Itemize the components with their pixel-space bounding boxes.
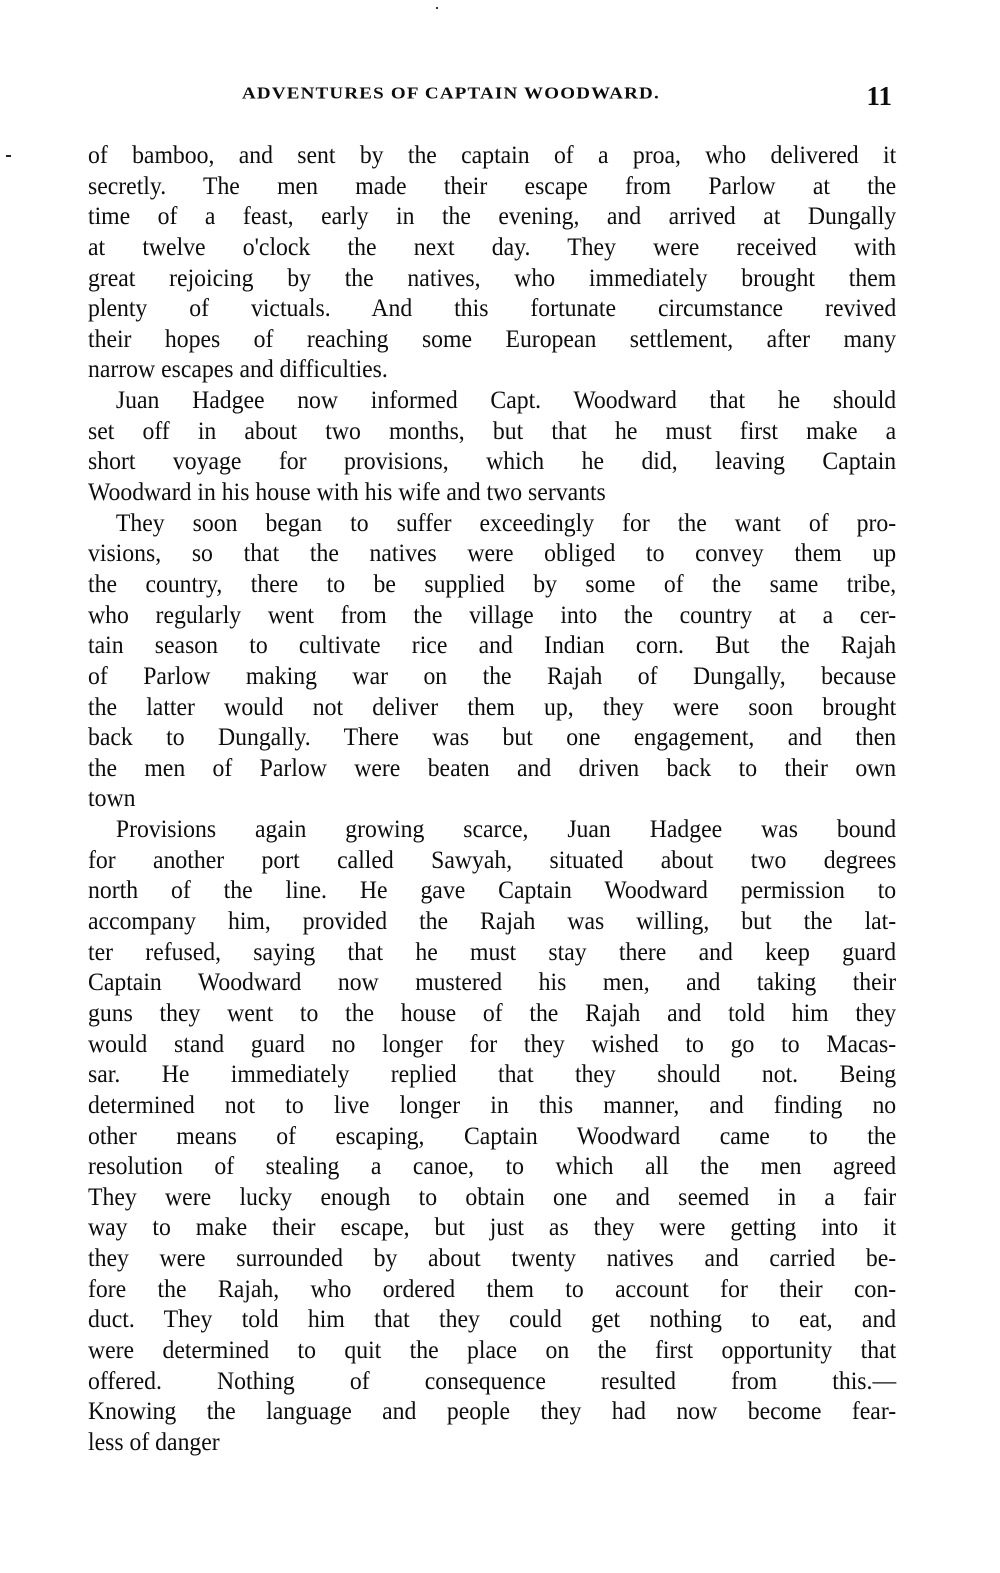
- text-line: time of a feast, early in the evening, a…: [88, 201, 896, 232]
- text-line: Juan Hadgee now informed Capt. Woodward …: [88, 385, 896, 416]
- text-line: north of the line. He gave Captain Woodw…: [88, 875, 896, 906]
- text-line: great rejoicing by the natives, who imme…: [88, 263, 896, 294]
- text-line: resolution of stealing a canoe, to which…: [88, 1151, 896, 1182]
- text-line: Captain Woodward now mustered his men, a…: [88, 967, 896, 998]
- book-page: ADVENTURES OF CAPTAIN WOODWARD. 11 of ba…: [0, 0, 1000, 1573]
- text-line: other means of escaping, Captain Woodwar…: [88, 1121, 896, 1152]
- text-line: were determined to quit the place on the…: [88, 1335, 896, 1366]
- page-number: 11: [866, 81, 892, 112]
- text-line: narrow escapes and difficulties.: [88, 354, 896, 385]
- text-line: secretly. The men made their escape from…: [88, 171, 896, 202]
- text-line: visions, so that the natives were oblige…: [88, 538, 896, 569]
- text-line: the latter would not deliver them up, th…: [88, 692, 896, 723]
- text-line: their hopes of reaching some European se…: [88, 324, 896, 355]
- text-line: determined not to live longer in this ma…: [88, 1090, 896, 1121]
- text-line: Woodward in his house with his wife and …: [88, 477, 896, 508]
- text-line: set off in about two months, but that he…: [88, 416, 896, 447]
- body-text: of bamboo, and sent by the captain of a …: [88, 140, 896, 1458]
- text-line: guns they went to the house of the Rajah…: [88, 998, 896, 1029]
- text-line: the country, there to be supplied by som…: [88, 569, 896, 600]
- text-line: Knowing the language and people they had…: [88, 1396, 896, 1427]
- text-line: accompany him, provided the Rajah was wi…: [88, 906, 896, 937]
- text-line: fore the Rajah, who ordered them to acco…: [88, 1274, 896, 1305]
- running-head: ADVENTURES OF CAPTAIN WOODWARD. 11: [240, 84, 900, 114]
- margin-mark: [6, 155, 11, 157]
- text-line: the men of Parlow were beaten and driven…: [88, 753, 896, 784]
- text-line: tain season to cultivate rice and Indian…: [88, 630, 896, 661]
- text-line: plenty of victuals. And this fortunate c…: [88, 293, 896, 324]
- text-line: would stand guard no longer for they wis…: [88, 1029, 896, 1060]
- text-line: offered. Nothing of consequence resulted…: [88, 1366, 896, 1397]
- text-line: short voyage for provisions, which he di…: [88, 446, 896, 477]
- text-line: at twelve o'clock the next day. They wer…: [88, 232, 896, 263]
- text-line: less of danger: [88, 1427, 896, 1458]
- text-line: of Parlow making war on the Rajah of Dun…: [88, 661, 896, 692]
- text-line: duct. They told him that they could get …: [88, 1304, 896, 1335]
- text-line: sar. He immediately replied that they sh…: [88, 1059, 896, 1090]
- text-line: They were lucky enough to obtain one and…: [88, 1182, 896, 1213]
- text-line: way to make their escape, but just as th…: [88, 1212, 896, 1243]
- text-line: ter refused, saying that he must stay th…: [88, 937, 896, 968]
- text-line: back to Dungally. There was but one enga…: [88, 722, 896, 753]
- running-title: ADVENTURES OF CAPTAIN WOODWARD.: [242, 84, 660, 104]
- text-line: town: [88, 783, 896, 814]
- text-line: for another port called Sawyah, situated…: [88, 845, 896, 876]
- text-line: who regularly went from the village into…: [88, 600, 896, 631]
- text-line: Provisions again growing scarce, Juan Ha…: [88, 814, 896, 845]
- scan-speck: [436, 7, 438, 9]
- text-line: they were surrounded by about twenty nat…: [88, 1243, 896, 1274]
- text-line: of bamboo, and sent by the captain of a …: [88, 140, 896, 171]
- text-line: They soon began to suffer exceedingly fo…: [88, 508, 896, 539]
